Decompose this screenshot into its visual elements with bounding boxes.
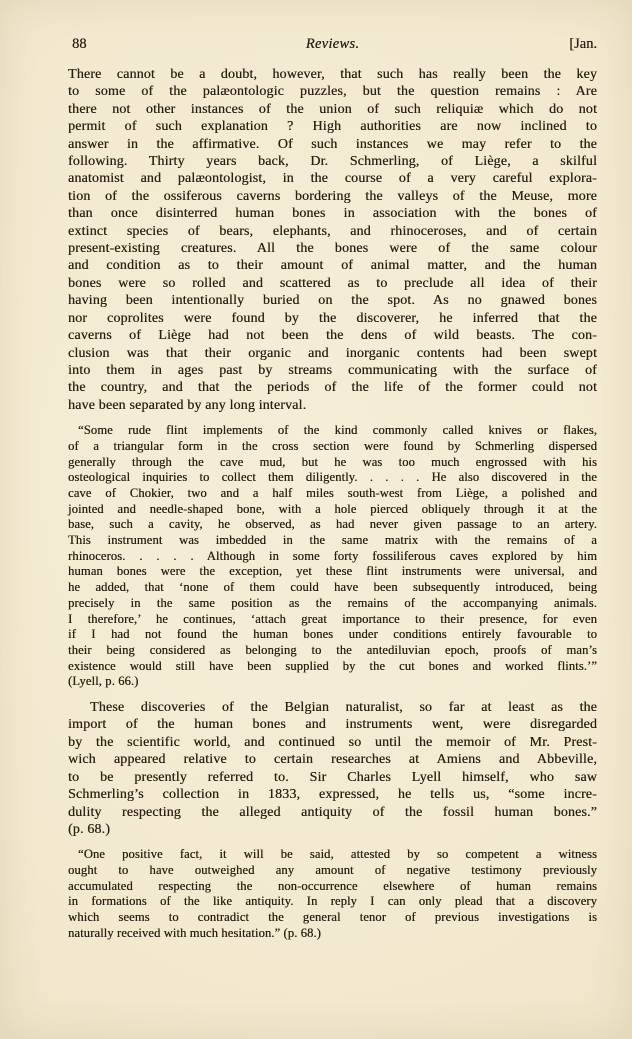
text-line: wich appeared relative to certain resear… (68, 751, 597, 768)
text-line: precisely in the same position as the re… (68, 596, 597, 612)
text-line: dulity respecting the alleged antiquity … (68, 804, 597, 821)
text-line: caverns of Liège had not been the dens o… (68, 327, 597, 344)
text-line: present-existing creatures. All the bone… (68, 240, 597, 257)
text-line: import of the human bones and instrument… (68, 716, 597, 733)
text-line: have been separated by any long interval… (68, 397, 597, 414)
text-line: (Lyell, p. 66.) (68, 674, 597, 690)
text-line: and condition as to their amount of anim… (68, 257, 597, 274)
text-line: cave of Chokier, two and a half miles so… (68, 486, 597, 502)
text-line: answer in the affirmative. Of such insta… (68, 136, 597, 153)
text-line: extinct species of bears, elephants, and… (68, 223, 597, 240)
text-line: “One positive fact, it will be said, att… (68, 847, 597, 863)
text-line: he added, that ‘none of them could have … (68, 580, 597, 596)
text-line: anatomist and palæontologist, in the cou… (68, 170, 597, 187)
text-line: There cannot be a doubt, however, that s… (68, 66, 597, 83)
text-line: (p. 68.) (68, 821, 597, 838)
running-title: Reviews. (68, 36, 597, 52)
text-line: to some of the palæontologic puzzles, bu… (68, 83, 597, 100)
text-line: base, such a cavity, he observed, as had… (68, 517, 597, 533)
text-line: nor coprolites were found by the discove… (68, 310, 597, 327)
text-line: bones were so rolled and scattered as to… (68, 275, 597, 292)
text-blocks: There cannot be a doubt, however, that s… (68, 66, 597, 942)
text-line: Schmerling’s collection in 1833, express… (68, 786, 597, 803)
text-line: in formations of the like antiquity. In … (68, 894, 597, 910)
paragraph: There cannot be a doubt, however, that s… (68, 66, 597, 414)
text-line: rhinoceros. . . . . Although in some for… (68, 549, 597, 565)
text-line: which seems to contradict the general te… (68, 910, 597, 926)
text-line: I therefore,’ he continues, ‘attach grea… (68, 612, 597, 628)
text-line: generally through the cave mud, but he w… (68, 455, 597, 471)
text-line: clusion was that their organic and inorg… (68, 345, 597, 362)
text-line: This instrument was imbedded in the same… (68, 533, 597, 549)
text-line: by the scientific world, and continued s… (68, 734, 597, 751)
text-line: than once disinterred human bones in ass… (68, 205, 597, 222)
text-line: “Some rude flint implements of the kind … (68, 423, 597, 439)
text-line: following. Thirty years back, Dr. Schmer… (68, 153, 597, 170)
text-line: accumulated respecting the non-occurrenc… (68, 879, 597, 895)
block-quote: “One positive fact, it will be said, att… (68, 847, 597, 941)
text-line: into them in ages past by streams commun… (68, 362, 597, 379)
text-line: ought to have outweighed any amount of n… (68, 863, 597, 879)
text-line: tion of the ossiferous caverns bordering… (68, 188, 597, 205)
text-line: if I had not found the human bones under… (68, 627, 597, 643)
text-line: human bones were the exception, yet thes… (68, 564, 597, 580)
text-line: existence would still have been supplied… (68, 659, 597, 675)
paragraph: These discoveries of the Belgian natural… (68, 699, 597, 838)
text-line: permit of such explanation ? High author… (68, 118, 597, 135)
text-line: having been intentionally buried on the … (68, 292, 597, 309)
block-quote: “Some rude flint implements of the kind … (68, 423, 597, 690)
scanned-page: 88 Reviews. [Jan. There cannot be a doub… (0, 0, 632, 1039)
text-line: the country, and that the periods of the… (68, 379, 597, 396)
text-line: These discoveries of the Belgian natural… (68, 699, 597, 716)
page-header: 88 Reviews. [Jan. (68, 36, 597, 54)
text-line: osteological inquiries to collect them d… (68, 470, 597, 486)
text-line: their being considered as belonging to t… (68, 643, 597, 659)
text-line: of a triangular form in the cross sectio… (68, 439, 597, 455)
issue-date-marker: [Jan. (569, 36, 597, 52)
text-line: to be presently referred to. Sir Charles… (68, 769, 597, 786)
text-line: there not other instances of the union o… (68, 101, 597, 118)
text-line: jointed and needle-shaped bone, with a h… (68, 502, 597, 518)
text-line: naturally received with much hesitation.… (68, 926, 597, 942)
